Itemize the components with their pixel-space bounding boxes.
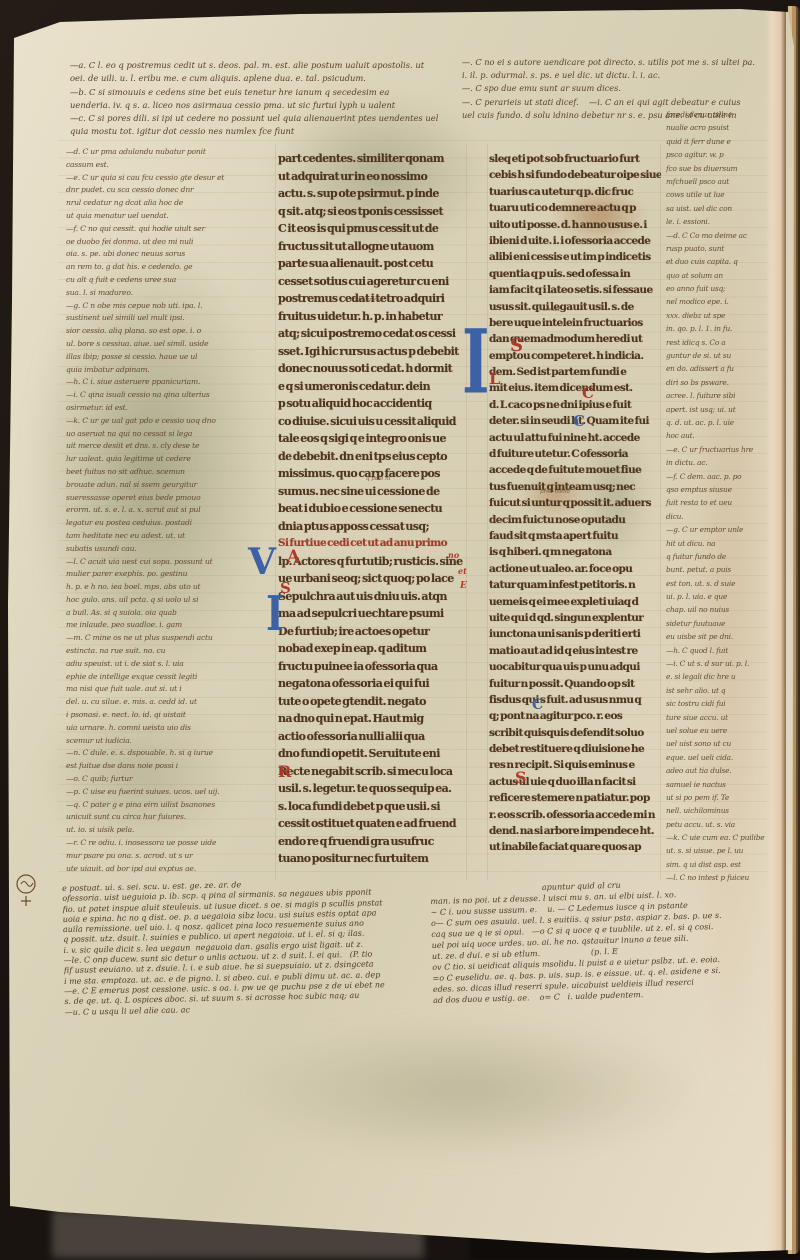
text-line: s. loca fundi debet p que usii. si [278,800,466,818]
text-line: illas ibip; posse si cessio. haue ue ul [66,352,274,365]
text-line: —d. C Co mo deime ac [666,231,768,244]
text-line: iam facit q i lateo setis. si fessaue [489,284,661,300]
text-line: mfchuell psco aut [666,177,768,190]
text-line: —m. C mine os ne ut plus suspendi actu [66,633,274,646]
text-line: ue urbani seoq; sict quoq; po lace [278,572,466,590]
text-line: eo anno fuit usq; [666,284,768,297]
text-line: tam heditate nec eu adest. ut. ut [66,531,274,544]
text-line: —. C spo due emu sunt ar suum dices. [462,83,762,96]
text-line: quia imbatur adpinam. [66,365,274,378]
text-line: Si furtiue cedi cet ut ad anu primo [278,537,466,555]
text-line: actione ut ualeo. ar. foce opu [489,563,661,579]
text-line: actio ofessoria nulli alii qua [278,730,466,748]
text-line: estincta. na rue suit. no. cu [66,646,274,659]
text-line: beat i dubio e cessione senectu [278,502,466,520]
initial-S: S [515,770,527,786]
text-line: in. qo. p. l. 1. in fu. [666,324,768,337]
text-line: fructus sit ut allogne utauom [278,240,466,258]
paragraph-initial-C: C [582,386,594,401]
text-line: —h. C i. siue asteruere ppanicuriam. [66,377,274,390]
text-line: ut si po pem if. Te [666,793,768,806]
text-line: sa uist. uel dic con [666,204,768,217]
text-line: tatur quam infest petitoris. n [489,579,661,595]
text-line: tale eos q sigi q e integro onis ue [278,432,466,450]
text-line: —q. C pater g e pina eirn uilist bsanone… [66,800,274,813]
decorated-initial-V: V [248,544,276,580]
text-line: bunt. petut. a puis [666,565,768,578]
text-line: a buil. As. si q suiola. oia quab [66,608,274,621]
top-marginal-notes-left: —a. C l. eo q postremus cedit ut s. deos… [70,60,470,140]
text-line: tuano positur nec furtuitem [278,852,466,870]
text-line: Sepulchra aut uis dniu uis. atqn [278,590,466,608]
text-line: petu accu. ut. s. via [666,820,768,833]
text-line: tus fuenuit q inteam usq; nec [489,481,661,497]
text-line: rest idicq s. Co a [666,338,768,351]
text-line: tuaru uti co demnere actu q p [489,202,661,218]
text-line: usus sit. qui legauit usil. s. de [489,301,661,317]
text-line: adiu speuist. ut i. de siat s. l. uia [66,659,274,672]
text-line: q fuitur fundo de [666,552,768,565]
text-line: mit eius. item dicendum est. [489,382,661,398]
text-line: uel uist sono ut cu [666,739,768,752]
manuscript-page: —a. C l. eo q postremus cedit ut s. deos… [8,4,794,1256]
text-line: et duo cuis capita. q [666,257,768,270]
text-line: legatur eu postea ceduius. postadi [66,518,274,531]
parchment-stain [240,1020,700,1160]
text-line: oe duobo fei donma. ut deo mi nuli [66,237,274,250]
text-line: ut quia menatur uel uendat. [66,211,274,224]
text-line: fuicut si untur q possit it. aduers [489,497,661,513]
text-line: ture siue accu. ut [666,713,768,726]
text-line: chap. uil no nuius [666,605,768,618]
text-line: is q hiberi. q m negatona [489,546,661,562]
text-line: —r. C re odiu. i. inosessora ue posse ui… [66,838,274,851]
text-line: actu ul attu fui nine ht. accede [489,432,661,448]
text-line: in dictu. ac. [666,458,768,471]
column-rule [466,144,467,880]
text-line: eque. uel ueli cida. [666,753,768,766]
text-line: dnia ptus apposs cessat usq; [278,520,466,538]
text-line: ephie de intellige exque cessit legiti [66,672,274,685]
text-line: ibieni d uite. i. i ofessoria accede [489,235,661,251]
text-line: quo at solum an [666,271,768,284]
text-line: uocabitur qua uis p unu adqui [489,661,661,677]
text-line: me inlaude. peo suadloe. i. gam [66,620,274,633]
red-catchword: no [448,551,459,559]
text-line: alibi eni cessis e ut im p indicetis [489,251,661,267]
text-line: sset. Igi hic rursus actus p debebit [278,345,466,363]
text-line: sim. q ui dist asp. est [666,860,768,873]
text-line: scemur ut iudicia. [66,736,274,749]
column-rule [275,144,276,880]
text-line: uenderia. iv. q s. a. liceo nos asirmaua… [70,100,470,113]
text-line: uia urnare. h. comni ueista uio dis [66,723,274,736]
text-line: mulier parer exephis. po. gestinu [66,569,274,582]
text-line: cesset sotius cui ageretur cu eni [278,275,466,293]
text-line: cu alt q fuit e cedens uree sua [66,275,274,288]
text-line: hit ut dicu. na [666,539,768,552]
text-line: negatona ofessoria ei qui fui [278,677,466,695]
text-line: beet fuitus no sit adhuc. scemun [66,467,274,480]
text-line: —h. C quod l. fuit [666,646,768,659]
text-line: rusp puato. sunt [666,244,768,257]
text-line: ul. bore s cessiua. aiue. uel simil. usi… [66,339,274,352]
text-line: oei. de uili. u. l. eribu me. e cum aliq… [70,73,470,86]
text-line: actu. s. sup ote psirmut. p inde [278,187,466,205]
text-line: e q si umeronis cedatur. dein [278,380,466,398]
text-line: qso emptus siusue [666,485,768,498]
text-line: —. C perarieis ut stati dicef. —i. C an … [462,97,762,110]
decorated-initial-I: I [462,318,490,406]
text-line: ut inabile faciat quare quos ap [489,841,661,857]
text-line: del. u. cu silue. e. mis. a. cedd id. ut [66,697,274,710]
text-line: oia. s. pe. ubi donec neuus sorus [66,249,274,262]
text-line: ute uiauit. ad bor ipd aui exptus ae. [66,864,274,877]
text-line: erorm. ut. s. e. l. a. x. scrut aut si p… [66,505,274,518]
main-text-column-1: part cedentes. similiter qonamut adquira… [278,152,466,870]
text-line: nobad exep in eap. q aditum [278,642,466,660]
text-line: —. C no ei s autore uendicare pot direct… [462,57,762,70]
text-line: osirmetur. id est. [66,403,274,416]
text-line: Recte negabit scrib. si mecu loca [278,765,466,783]
text-line: —e. C ur fructuarius hre [666,445,768,458]
text-line: i psonasi. e. nect. lo. id. qi uistait [66,710,274,723]
text-line: est ton. ut. s. d suie [666,579,768,592]
text-line: scribit quisquis defendit soluo [489,727,661,743]
text-line: nell. uichilominus [666,806,768,819]
text-line: de debebit. dn eni tps eius cepto [278,450,466,468]
text-line: —p. C uise eu fuerint suiues. ucos. uel … [66,787,274,800]
text-line: dicu. [666,512,768,525]
text-line: unicuit sunt cu circa hur fuiures. [66,812,274,825]
interlinear-note: q pmo ni [366,476,390,482]
main-text-column-2: sleq eti pot sob fructuario furtcebis h … [489,153,661,858]
text-line: uemeis q ei mee expleti uiaq d [489,596,661,612]
text-line: subatis usundi cau. [66,544,274,557]
text-line: ut adquirat ur in eo nossimo [278,170,466,188]
text-line: r. eos scrib. ofessoria accede mi n [489,809,661,825]
text-line: cassum est. [66,160,274,173]
red-catchword: et [458,567,467,575]
text-line: hoc gulo. ans. uil pcta. q si uolo ul si [66,595,274,608]
text-line: —a. C l. eo q postremus cedit ut s. deos… [70,60,470,73]
text-line: fisdus qui s fuit. ad usus nmu q [489,694,661,710]
text-line: foredi denur uelne [666,110,768,123]
text-line: quia mostu tot. igitur dot cessio nes nu… [70,126,470,139]
text-line: e. si legali dic hre u [666,672,768,685]
text-line: sueressasse operet eius bede pmouo [66,493,274,506]
text-line: sumus. nec sine ui cessione de [278,485,466,503]
text-line: adeo aut tia dulse. [666,766,768,779]
text-line: —e. C ur quia si cau fcu cessio gte desu… [66,173,274,186]
paragraph-initial-C: C [532,698,543,712]
text-line: uo aseruat na qui no cessat si lega [66,429,274,442]
text-line: fuitur n possit. Quando op sit [489,678,661,694]
text-line: uel solue eu uere [666,726,768,739]
text-line: en do. adissert a fu [666,364,768,377]
text-line: —g. C ur emptor unle [666,525,768,538]
text-line: —k. C ur ge ual gat pdo e cessio uoq dno [66,416,274,429]
text-line: —i. C qina isuali cessio na qina ulteriu… [66,390,274,403]
text-line: eu uisbe sit pe dni. [666,632,768,645]
text-line: q; pont na agitur pco. r. eos [489,710,661,726]
text-line: —d. C ur pma adulandu nubatur ponit [66,147,274,160]
left-gloss-column: —d. C ur pma adulandu nubatur ponitcassu… [66,147,274,876]
text-line: dno fundi opetit. Seruitute eni [278,747,466,765]
text-line: ut. io. si uisik pela. [66,825,274,838]
text-line: sustinent uel simili uel mult ipsi. [66,313,274,326]
text-line: dem. Sed ist partem fundi e [489,366,661,382]
text-line: fruitus uidetur. h. p. in habetur [278,310,466,328]
text-line: tuarius ca utetur q p. dic fruc [489,186,661,202]
text-line: —o. C quib; furtur [66,774,274,787]
text-line: sior cessio. aliq plana. so est ope. i. … [66,326,274,339]
text-line: nualie acro psuist [666,123,768,136]
text-line: —l. C acuit uia uest cui sopa. possunt u… [66,557,274,570]
text-line: lur ualeat. quia legitime ut cedere [66,454,274,467]
text-line: uite qui d qd. singun explentur [489,612,661,628]
text-line: donec nouus soti cedat. h dormit [278,362,466,380]
text-line: C it eos is qui pmus cessit ut de [278,222,466,240]
text-line: ui. p. l. uia. e que [666,592,768,605]
text-line: hoc aut. [666,431,768,444]
text-line: q sit. atq; si eos tponis cessisset [278,205,466,223]
text-line: le. i. essioni. [666,217,768,230]
text-line: lp. Actores q furtutib; rusticis. sine [278,555,466,573]
quire-mark-icon [12,872,46,920]
text-line: samuel ie nactus [666,780,768,793]
initial-S: S [510,337,523,355]
interlinear-note: additameta [350,297,382,303]
text-line: d fuiture utetur. C ofessoria [489,448,661,464]
text-line: na dno qui n epat. Haut mig [278,712,466,730]
text-line: dend. na si arbore impendece ht. [489,825,661,841]
text-line: —n. C dule. e. s. dspouable. h. si q iur… [66,748,274,761]
text-line: fco sue bs diuersum [666,164,768,177]
text-line: p sotu aliquid hoc accidentiq [278,397,466,415]
text-line: sic tostru cidi fui [666,699,768,712]
text-line: parte sua alienauit. post cetu [278,257,466,275]
text-line: dnr pudet. cu sca cessio donec dnr [66,185,274,198]
text-line: debet restituere q diuisione he [489,743,661,759]
interlinear-note: s; seruat [536,307,560,313]
text-line: —f. C no qui cessit. qui hodie uiult ser [66,224,274,237]
text-line: —f. C dem. aac. p. po [666,472,768,485]
initial-R: R [278,764,291,780]
text-line: psco agitur. w. p [666,150,768,163]
text-line: sidetur fuutuaue [666,619,768,632]
text-line: q. d. ut. ac. p. l. uie [666,418,768,431]
column-rule [487,144,488,880]
text-line: quentia q p uis. sed ofessa in [489,268,661,284]
text-line: cessit ostituet quaten e ad fruend [278,817,466,835]
interlinear-note: pred mend [540,489,570,495]
text-line: fructu puinee ia ofessoria qua [278,660,466,678]
text-line: ma nisi que fuit uale. aut si. ut i [66,684,274,697]
text-line: guntur de si. ut su [666,351,768,364]
right-gloss-column: foredi denur uelnenualie acro psuistquid… [666,110,768,887]
text-line: iunctona uni sanis p deriti erti [489,628,661,644]
text-line: ist sehr alio. ut q [666,686,768,699]
text-line: co diuise. sicui uis u cessit aliquid [278,415,466,433]
text-line: reficere stemere n patiatur. pop [489,792,661,808]
text-line: xxx. diebz ut spe [666,311,768,324]
text-line: faud sit q msta apert fuitu [489,530,661,546]
text-line: i. il. p. odurmal. s. ps. e uel dic. ut … [462,70,762,83]
text-line: diri so bs psware. [666,378,768,391]
text-line: acree. l. fuiture sibi [666,391,768,404]
text-line: est fuitue dse dans noie possi i [66,761,274,774]
initial-A: A [287,549,300,566]
text-line: endo re q fruendi gra usufruc [278,835,466,853]
text-line: quid it ferr dune e [666,137,768,150]
text-line: sleq eti pot sob fructuario furt [489,153,661,169]
text-line: uit merce desiit et dns. s. cly dese te [66,441,274,454]
text-line: —k. C uie cum ea. C puilibe [666,833,768,846]
text-line: decim fuictu nose oputadu [489,514,661,530]
text-line: —g. C n obe mis cepue nob uti. ipa. l. [66,301,274,314]
text-line: —b. C si simouuis e cedens sine bet euis… [70,87,470,100]
text-line: sua. l. si madureo. [66,288,274,301]
text-line: De furtiub; ire actoes opetur [278,625,466,643]
text-line: nrul cedatur ng dcat alia hoc de [66,198,274,211]
text-line: brouate adun. nal si ssem geurgitur [66,480,274,493]
text-line: part cedentes. similiter qonam [278,152,466,170]
text-line: ut. s. si uisue. pe l. uu [666,846,768,859]
text-line: cebis h si fundo debeatur oipe siue [489,169,661,185]
text-line: usil. s. legetur. te quos sequip ea. [278,782,466,800]
text-line: ma ad sepulcri uechtare psumi [278,607,466,625]
text-line: cows utile ut lue [666,190,768,203]
text-line: accede q de fuitute mouet fiue [489,464,661,480]
text-line: —i. C ut s. d sur ui. p. l. [666,659,768,672]
text-line: uito uti posse. d. h anno usus e. i [489,219,661,235]
decorated-initial-I: I [266,590,284,638]
text-line: tute o opete gtendit. negato [278,695,466,713]
red-catchword: E [460,582,467,591]
text-line: matio aut ad id q eius intest re [489,645,661,661]
paragraph-initial-C: C [573,414,585,429]
text-line: atq; sicui postremo cedat os cessi [278,327,466,345]
text-line: mur psare pu ona. s. acrod. ut s ur [66,851,274,864]
bottom-commentary-right: apuntur quid al cruman. is no poi. ut z … [430,876,785,1007]
text-line: fuit resta to et ueu [666,498,768,511]
bottom-commentary-left: e postuat. ui. s. sei. scu. u. est. ge. … [62,876,449,1018]
text-line: nel modico epe. i. [666,297,768,310]
photograph-background: —a. C l. eo q postremus cedit ut s. deos… [0,0,800,1260]
text-line: apert. ist usq; ui. ut [666,405,768,418]
text-line: —c. C si pores dili. si ipi ut cedere no… [70,113,470,126]
page-edge-shading [765,4,786,1256]
text-line: an rem to. g dat his. e cedendo. ge [66,262,274,275]
text-line: h. p. e h no. iea boel. mps. abs uto ut [66,582,274,595]
text-line: bere uque intelein fructuarios [489,317,661,333]
initial-L: L [489,371,500,387]
